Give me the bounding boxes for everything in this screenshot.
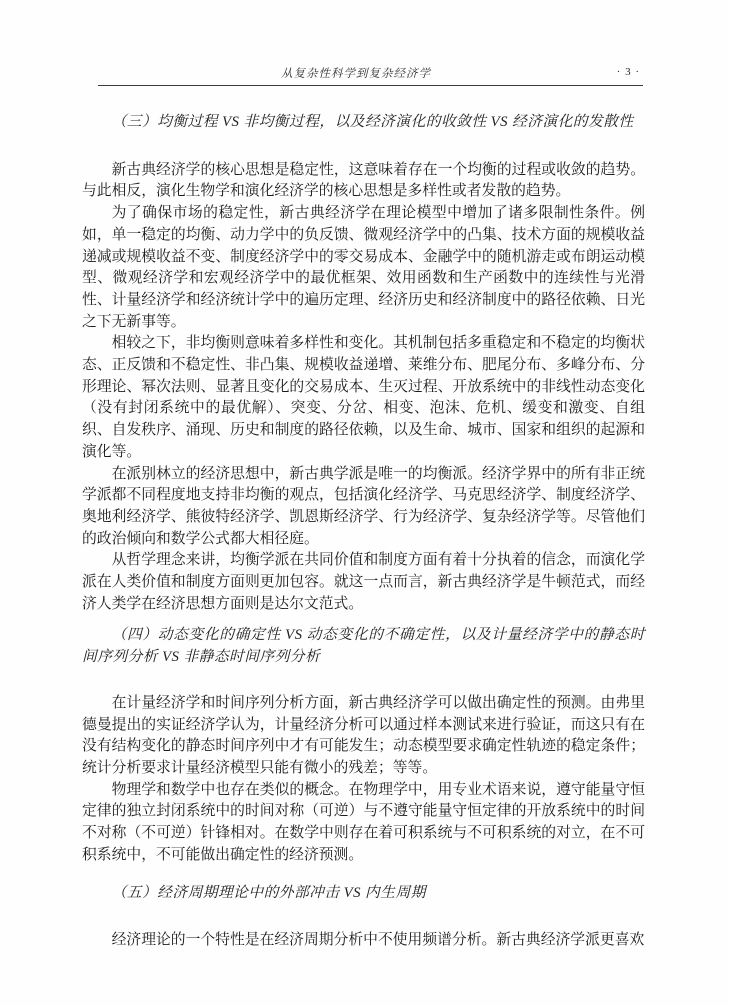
paragraph: 经济理论的一个特性是在经济周期分析中不使用频谱分析。新古典经济学派更喜欢 <box>82 930 645 952</box>
paragraph: 相较之下，非均衡则意味着多样性和变化。其机制包括多重稳定和不稳定的均衡状态、正反… <box>82 333 645 463</box>
section-3-heading: （三）均衡过程 VS 非均衡过程，以及经济演化的收敛性 VS 经济演化的发散性 <box>82 112 645 134</box>
paragraph: 从哲学理念来讲，均衡学派在共同价值和制度方面有着十分执着的信念，而演化学派在人类… <box>82 550 645 615</box>
page-header: 从复杂性科学到复杂经济学 · 3 · <box>98 65 642 83</box>
page-number: · 3 · <box>617 66 640 78</box>
page-content: （三）均衡过程 VS 非均衡过程，以及经济演化的收敛性 VS 经济演化的发散性 … <box>82 104 645 952</box>
section-4: （四）动态变化的确定性 VS 动态变化的不确定性，以及计量经济学中的静态时间序列… <box>82 625 645 866</box>
section-5: （五）经济周期理论中的外部冲击 VS 内生周期 经济理论的一个特性是在经济周期分… <box>82 883 645 952</box>
document-page: 从复杂性科学到复杂经济学 · 3 · （三）均衡过程 VS 非均衡过程，以及经济… <box>0 0 729 1005</box>
paragraph: 在派别林立的经济思想中，新古典学派是唯一的均衡派。经济学界中的所有非正统学派都不… <box>82 464 645 551</box>
paragraph: 物理学和数学中也存在类似的概念。在物理学中，用专业术语来说，遵守能量守恒定律的独… <box>82 780 645 867</box>
running-head-title: 从复杂性科学到复杂经济学 <box>84 65 628 81</box>
paragraph: 新古典经济学的核心思想是稳定性，这意味着存在一个均衡的过程或收敛的趋势。与此相反… <box>82 160 645 203</box>
header-rule <box>98 85 643 86</box>
section-4-heading: （四）动态变化的确定性 VS 动态变化的不确定性，以及计量经济学中的静态时间序列… <box>82 625 645 668</box>
paragraph: 为了确保市场的稳定性，新古典经济学在理论模型中增加了诸多限制性条件。例如，单一稳… <box>82 203 645 333</box>
section-3: （三）均衡过程 VS 非均衡过程，以及经济演化的收敛性 VS 经济演化的发散性 … <box>82 112 645 615</box>
paragraph: 在计量经济学和时间序列分析方面，新古典经济学可以做出确定性的预测。由弗里德曼提出… <box>82 693 645 780</box>
section-5-heading: （五）经济周期理论中的外部冲击 VS 内生周期 <box>82 883 645 905</box>
